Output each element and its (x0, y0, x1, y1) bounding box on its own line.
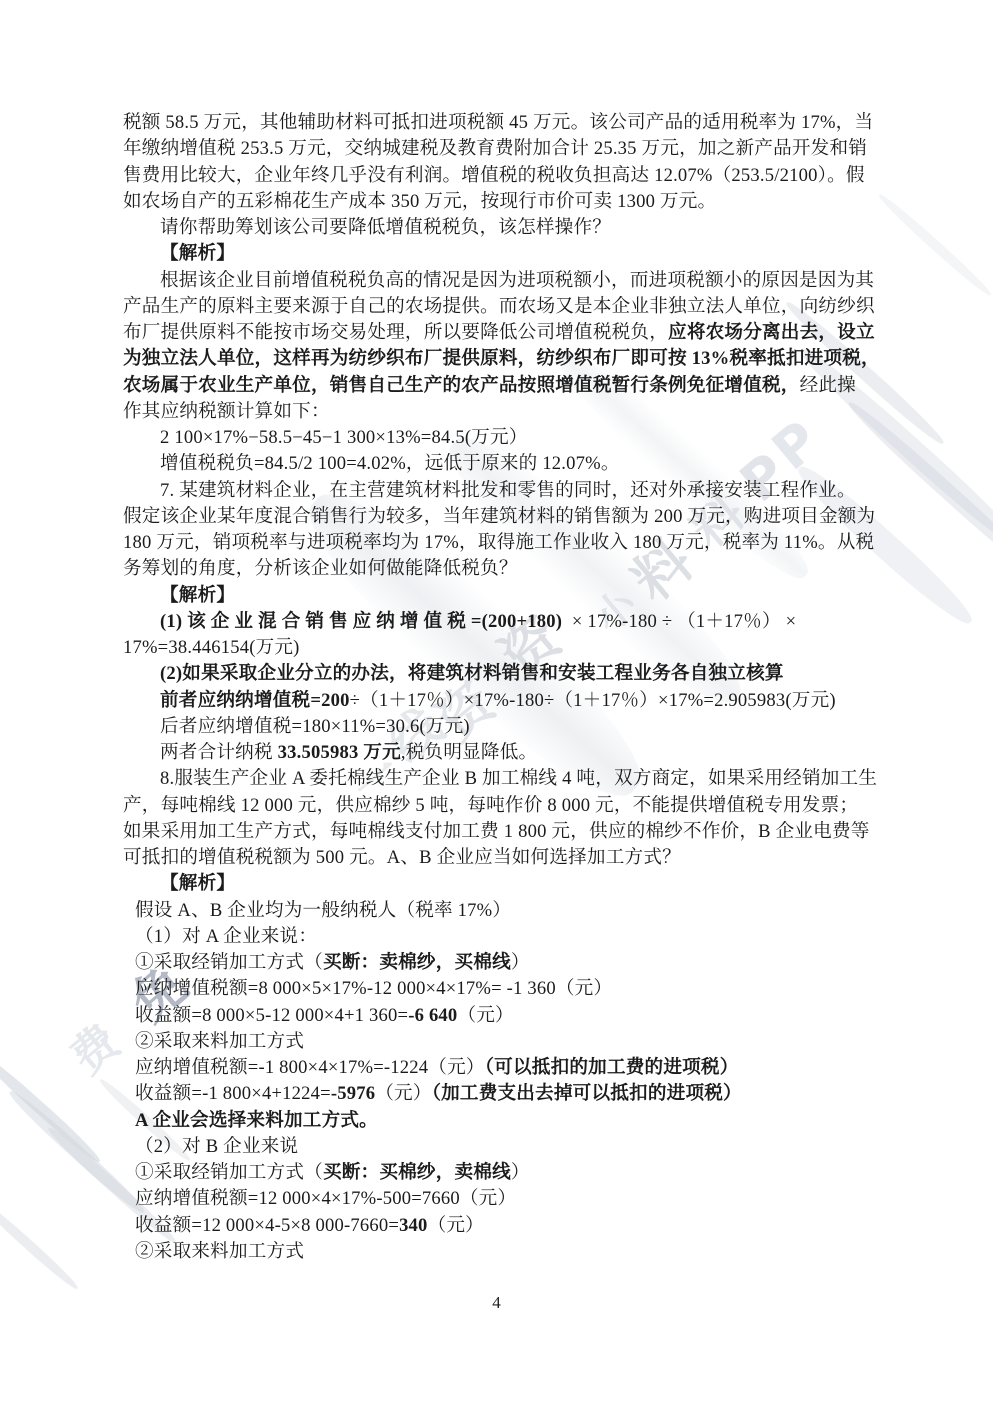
text-run: 收益额=8 000×5-12 000×4+1 360= (135, 1005, 408, 1026)
text-run: 7. 某建筑材料企业，在主营建筑材料批发和零售的同时，还对外承接安装工程作业。 (160, 480, 856, 501)
text-line: 收益额=12 000×4-5×8 000-7660=340（元） (123, 1213, 893, 1239)
text-run: （元） (428, 1215, 484, 1236)
bold-text-run: A 企业会选择来料加工方式。 (135, 1110, 378, 1131)
text-line: 务筹划的角度，分析该企业如何做能降低税负？ (123, 556, 893, 582)
text-run: ①采取经销加工方式（ (135, 1162, 323, 1183)
text-line: 2 100×17%−58.5−45−1 300×13%=84.5(万元） (123, 425, 893, 451)
text-line: 售费用比较大，企业年终几乎没有利润。增值税的税收负担高达 12.07%（253.… (123, 163, 893, 189)
text-run: ②采取来料加工方式 (135, 1241, 304, 1262)
text-run: × 17%-180 ÷ （1＋17％） × (562, 611, 796, 632)
text-run: ,税负明显降低。 (401, 742, 537, 763)
text-line: 应纳增值税额=8 000×5×17%-12 000×4×17%= -1 360（… (123, 976, 893, 1002)
text-line: ①采取经销加工方式（买断：买棉纱，卖棉线） (123, 1160, 893, 1186)
text-line: 请你帮助筹划该公司要降低增值税税负，该怎样操作？ (123, 215, 893, 241)
bold-text-run: -5976 (331, 1083, 375, 1104)
text-line: (1) 该 企 业 混 合 销 售 应 纳 增 值 税 =(200+180) ×… (123, 609, 893, 635)
bold-text-run: 前者应纳纳增值税=200 (160, 690, 350, 711)
text-line: （1）对 A 企业来说： (123, 924, 893, 950)
text-run: 180 万元，销项税率与进项税率均为 17%，取得施工作业收入 180 万元，税… (123, 532, 874, 553)
text-run: 税额 58.5 万元，其他辅助材料可抵扣进项税额 45 万元。该公司产品的适用税… (123, 112, 873, 133)
text-run: ÷（1＋17％）×17%-180÷（1＋17％）×17%=2.905983(万元… (350, 690, 836, 711)
watermark-stroke (0, 1050, 103, 1166)
text-line: 应纳增值税额=12 000×4×17%-500=7660（元） (123, 1186, 893, 1212)
text-line: 前者应纳纳增值税=200÷（1＋17％）×17%-180÷（1＋17％）×17%… (123, 688, 893, 714)
text-run: 务筹划的角度，分析该企业如何做能降低税负？ (123, 558, 518, 579)
bold-text-run: (2)如果采取企业分立的办法，将建筑材料销售和安装工程业务各自独立核算 (160, 663, 784, 684)
text-run: 产，每吨棉线 12 000 元，供应棉纱 5 吨，每吨作价 8 000 元，不能… (123, 795, 858, 816)
text-line: 农场属于农业生产单位，销售自己生产的农产品按照增值税暂行条例免征增值税，经此操 (123, 373, 893, 399)
text-run: 应纳增值税额=12 000×4×17%-500=7660（元） (135, 1188, 516, 1209)
text-line: 税额 58.5 万元，其他辅助材料可抵扣进项税额 45 万元。该公司产品的适用税… (123, 110, 893, 136)
bold-text-run: 【解析】 (160, 873, 235, 894)
text-run: 作其应纳税额计算如下： (123, 401, 330, 422)
document-page: 免费资料小资线一料PP 税额 58.5 万元，其他辅助材料可抵扣进项税额 45 … (0, 0, 993, 1404)
text-line: 8.服装生产企业 A 委托棉线生产企业 B 加工棉线 4 吨，双方商定，如果采用… (123, 766, 893, 792)
text-line: 【解析】 (123, 583, 893, 609)
bold-text-run: 为独立法人单位，这样再为纺纱织布厂提供原料，纺纱织布厂即可按 13%税率抵扣进项… (123, 348, 880, 369)
bold-text-run: 33.505983 万元 (278, 742, 401, 763)
text-line: （2）对 B 企业来说 (123, 1134, 893, 1160)
text-line: 17%=38.446154(万元) (123, 635, 893, 661)
text-run: ） (511, 1162, 530, 1183)
bold-text-run: 【解析】 (160, 585, 235, 606)
bold-text-run: 应将农场分离出去，设立 (668, 322, 875, 343)
text-line: 产，每吨棉线 12 000 元，供应棉纱 5 吨，每吨作价 8 000 元，不能… (123, 793, 893, 819)
text-line: 两者合计纳税 33.505983 万元,税负明显降低。 (123, 740, 893, 766)
text-line: 可抵扣的增值税税额为 500 元。A、B 企业应当如何选择加工方式？ (123, 845, 893, 871)
text-run: 如果采用加工生产方式，每吨棉线支付加工费 1 800 元，供应的棉纱不作价，B … (123, 821, 870, 842)
text-run: （2）对 B 企业来说 (135, 1136, 298, 1157)
text-line: ②采取来料加工方式 (123, 1239, 893, 1265)
bold-text-run: 农场属于农业生产单位，销售自己生产的农产品按照增值税暂行条例免征增值税， (123, 375, 800, 396)
text-line: 应纳增值税额=-1 800×4×17%=-1224（元）（可以抵扣的加工费的进项… (123, 1055, 893, 1081)
bold-text-run: 【解析】 (160, 243, 235, 264)
text-line: 假设 A、B 企业均为一般纳税人（税率 17%） (123, 898, 893, 924)
text-run: （元） (457, 1005, 513, 1026)
text-run: 假定该企业某年度混合销售行为较多，当年建筑材料的销售额为 200 万元，购进项目… (123, 506, 875, 527)
text-line: 假定该企业某年度混合销售行为较多，当年建筑材料的销售额为 200 万元，购进项目… (123, 504, 893, 530)
text-line: 后者应纳增值税=180×11%=30.6(万元) (123, 714, 893, 740)
text-run: ②采取来料加工方式 (135, 1031, 304, 1052)
bold-text-run: （可以抵扣的加工费的进项税） (485, 1057, 739, 1078)
text-line: 收益额=8 000×5-12 000×4+1 360=-6 640（元） (123, 1003, 893, 1029)
text-run: 增值税税负=84.5/2 100=4.02%，远低于原来的 12.07%。 (160, 453, 620, 474)
text-run: 2 100×17%−58.5−45−1 300×13%=84.5(万元） (160, 427, 528, 448)
document-content: 税额 58.5 万元，其他辅助材料可抵扣进项税额 45 万元。该公司产品的适用税… (123, 110, 893, 1265)
text-line: 7. 某建筑材料企业，在主营建筑材料批发和零售的同时，还对外承接安装工程作业。 (123, 478, 893, 504)
text-run: 两者合计纳税 (160, 742, 278, 763)
text-line: 增值税税负=84.5/2 100=4.02%，远低于原来的 12.07%。 (123, 451, 893, 477)
watermark-stroke (0, 1198, 81, 1292)
text-run: 经此操 (800, 375, 856, 396)
text-line: 如果采用加工生产方式，每吨棉线支付加工费 1 800 元，供应的棉纱不作价，B … (123, 819, 893, 845)
text-run: 应纳增值税额=-1 800×4×17%=-1224（元） (135, 1057, 485, 1078)
text-run: ） (511, 952, 530, 973)
text-run: 请你帮助筹划该公司要降低增值税税负，该怎样操作？ (160, 217, 611, 238)
watermark-stroke (876, 191, 993, 299)
text-run: 售费用比较大，企业年终几乎没有利润。增值税的税收负担高达 12.07%（253.… (123, 165, 865, 186)
text-line: 年缴纳增值税 253.5 万元，交纳城建税及教育费附加合计 25.35 万元，加… (123, 136, 893, 162)
text-run: 如农场自产的五彩棉花生产成本 350 万元，按现行市价可卖 1300 万元。 (123, 191, 716, 212)
text-run: ①采取经销加工方式（ (135, 952, 323, 973)
bold-text-run: (1) 该 企 业 混 合 销 售 应 纳 增 值 税 =(200+180) (160, 611, 562, 632)
text-line: 【解析】 (123, 241, 893, 267)
text-run: 年缴纳增值税 253.5 万元，交纳城建税及教育费附加合计 25.35 万元，加… (123, 138, 867, 159)
text-run: （元） (375, 1083, 431, 1104)
bold-text-run: 买断：卖棉纱，买棉线 (323, 952, 511, 973)
text-line: 如农场自产的五彩棉花生产成本 350 万元，按现行市价可卖 1300 万元。 (123, 189, 893, 215)
text-line: 为独立法人单位，这样再为纺纱织布厂提供原料，纺纱织布厂即可按 13%税率抵扣进项… (123, 346, 893, 372)
text-line: 布厂提供原料不能按市场交易处理，所以要降低公司增值税税负，应将农场分离出去，设立 (123, 320, 893, 346)
bold-text-run: 买断：买棉纱，卖棉线 (323, 1162, 511, 1183)
text-line: 【解析】 (123, 871, 893, 897)
text-run: 产品生产的原料主要来源于自己的农场提供。而农场又是本企业非独立法人单位，向纺纱织 (123, 296, 875, 317)
bold-text-run: （加工费支出去掉可以抵扣的进项税） (432, 1083, 742, 1104)
text-run: 8.服装生产企业 A 委托棉线生产企业 B 加工棉线 4 吨，双方商定，如果采用… (160, 768, 877, 789)
text-run: 根据该企业目前增值税税负高的情况是因为进项税额小，而进项税额小的原因是因为其 (160, 270, 874, 291)
text-line: 作其应纳税额计算如下： (123, 399, 893, 425)
text-run: 假设 A、B 企业均为一般纳税人（税率 17%） (135, 900, 511, 921)
text-line: 180 万元，销项税率与进项税率均为 17%，取得施工作业收入 180 万元，税… (123, 530, 893, 556)
page-number: 4 (0, 1293, 993, 1313)
text-line: ②采取来料加工方式 (123, 1029, 893, 1055)
text-run: 17%=38.446154(万元) (123, 637, 300, 658)
text-run: 可抵扣的增值税税额为 500 元。A、B 企业应当如何选择加工方式？ (123, 847, 681, 868)
text-run: 应纳增值税额=8 000×5×17%-12 000×4×17%= -1 360（… (135, 978, 612, 999)
text-line: 收益额=-1 800×4+1224=-5976（元）（加工费支出去掉可以抵扣的进… (123, 1081, 893, 1107)
text-line: (2)如果采取企业分立的办法，将建筑材料销售和安装工程业务各自独立核算 (123, 661, 893, 687)
bold-text-run: 340 (399, 1215, 428, 1236)
text-run: 收益额=12 000×4-5×8 000-7660= (135, 1215, 399, 1236)
text-run: 后者应纳增值税=180×11%=30.6(万元) (160, 716, 470, 737)
text-line: ①采取经销加工方式（买断：卖棉纱，买棉线） (123, 950, 893, 976)
text-line: 产品生产的原料主要来源于自己的农场提供。而农场又是本企业非独立法人单位，向纺纱织 (123, 294, 893, 320)
text-run: 收益额=-1 800×4+1224= (135, 1083, 331, 1104)
text-line: 根据该企业目前增值税税负高的情况是因为进项税额小，而进项税额小的原因是因为其 (123, 268, 893, 294)
watermark-glyph: 费 (54, 1007, 132, 1087)
text-line: A 企业会选择来料加工方式。 (123, 1108, 893, 1134)
bold-text-run: -6 640 (408, 1005, 457, 1026)
text-run: 布厂提供原料不能按市场交易处理，所以要降低公司增值税税负， (123, 322, 668, 343)
text-run: （1）对 A 企业来说： (135, 926, 317, 947)
